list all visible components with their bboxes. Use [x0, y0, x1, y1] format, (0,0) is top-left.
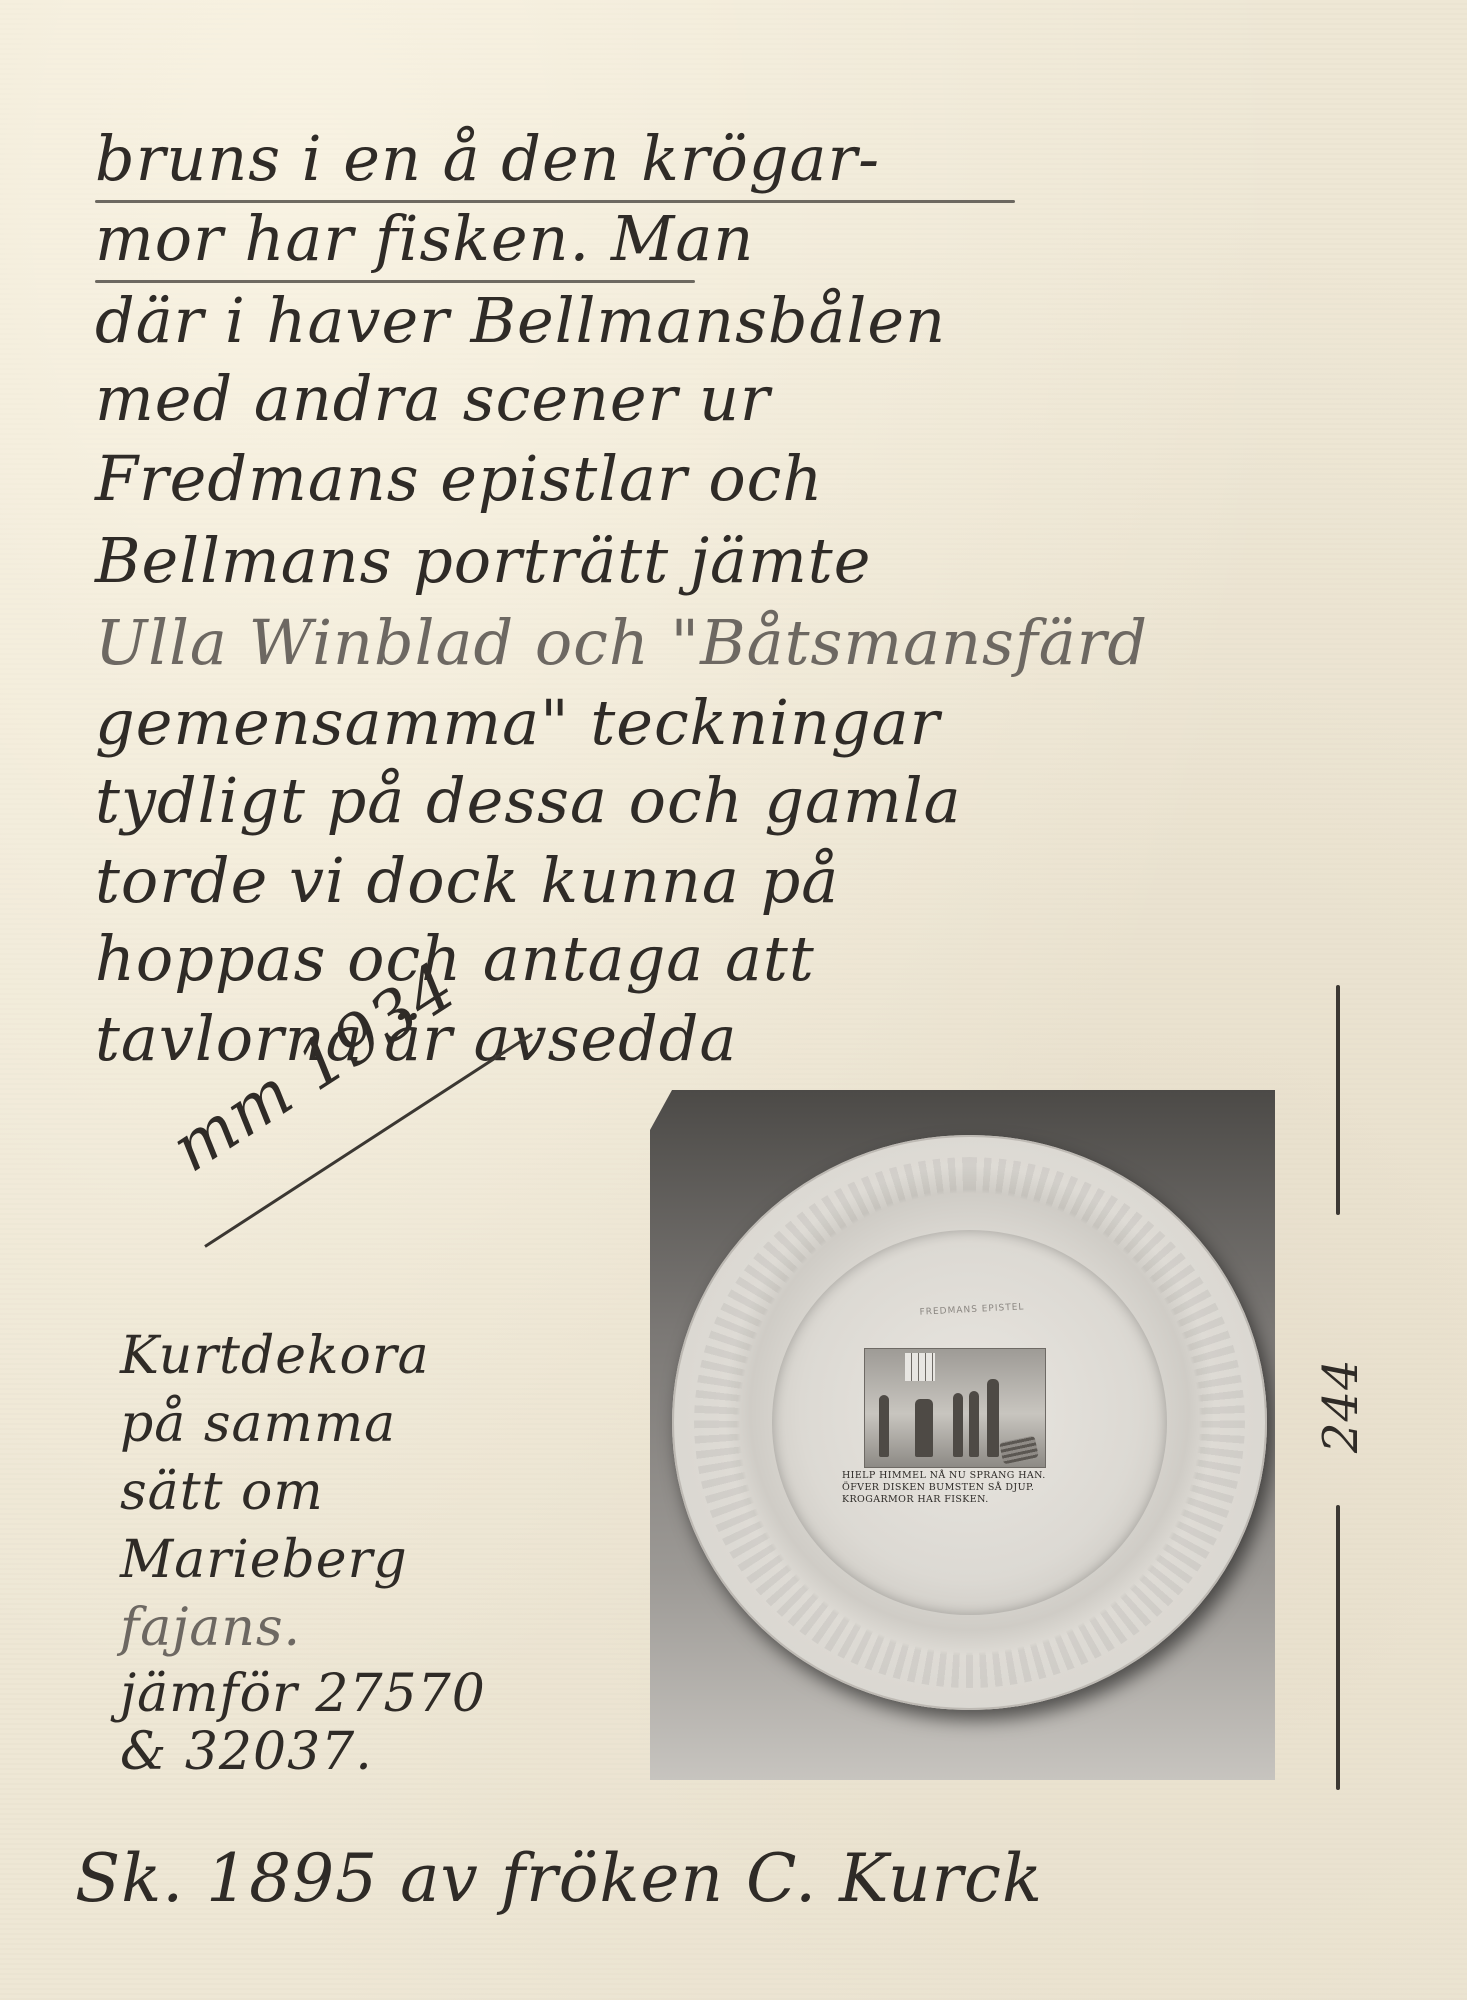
body-line-5: Fredmans epistlar och [95, 448, 823, 510]
plate: FREDMANS EPISTEL HIELP HIMMEL NÅ NU SPRA… [672, 1135, 1267, 1710]
side-note-line-6: jämför 27570 [120, 1668, 486, 1720]
vertical-rule-top [1336, 985, 1340, 1215]
plate-caption-line-3: KROGARMOR HAR FISKEN. [842, 1494, 1072, 1506]
figure-icon [915, 1399, 933, 1457]
body-line-2: mor har fisken. Man [95, 208, 754, 270]
body-line-1: bruns i en å den krögar- [95, 128, 880, 190]
window-icon [905, 1353, 935, 1381]
body-line-9: tydligt på dessa och gamla [95, 770, 962, 832]
underline-rule-2 [95, 280, 695, 283]
tub-icon [999, 1435, 1039, 1464]
side-note-line-3: sätt om [120, 1466, 324, 1518]
plate-caption-line-1: HIELP HIMMEL NÅ NU SPRANG HAN. [842, 1470, 1072, 1482]
body-line-3: där i haver Bellmansbålen [95, 290, 946, 352]
figure-icon [879, 1395, 889, 1457]
plate-scene-illustration [864, 1348, 1046, 1468]
figure-icon [969, 1391, 979, 1457]
side-note-line-5: fajans. [120, 1602, 301, 1654]
plate-caption-line-2: ÖFVER DISKEN BUMSTEN SÅ DJUP. [842, 1482, 1072, 1494]
body-line-11: hoppas och antaga att [95, 928, 815, 990]
footer-acquisition-note: Sk. 1895 av fröken C. Kurck [75, 1840, 1043, 1917]
vertical-number: 244 [1313, 1363, 1369, 1453]
figure-icon [987, 1379, 999, 1457]
side-note-line-4: Marieberg [120, 1534, 408, 1586]
side-note-line-1: Kurtdekora [120, 1330, 430, 1382]
plate-photograph: FREDMANS EPISTEL HIELP HIMMEL NÅ NU SPRA… [650, 1090, 1275, 1780]
plate-caption: HIELP HIMMEL NÅ NU SPRANG HAN. ÖFVER DIS… [842, 1470, 1072, 1506]
body-line-8: gemensamma" teckningar [95, 692, 940, 754]
body-line-4: med andra scener ur [95, 368, 771, 430]
figure-icon [953, 1393, 963, 1457]
body-line-10: torde vi dock kunna på [95, 850, 839, 912]
side-note-line-2: på samma [120, 1398, 396, 1450]
body-line-6: Bellmans porträtt jämte [95, 530, 871, 592]
vertical-rule-bottom [1336, 1505, 1340, 1790]
side-note-line-7: & 32037. [120, 1726, 373, 1778]
body-line-7: Ulla Winblad och "Båtsmansfärd [95, 612, 1148, 674]
